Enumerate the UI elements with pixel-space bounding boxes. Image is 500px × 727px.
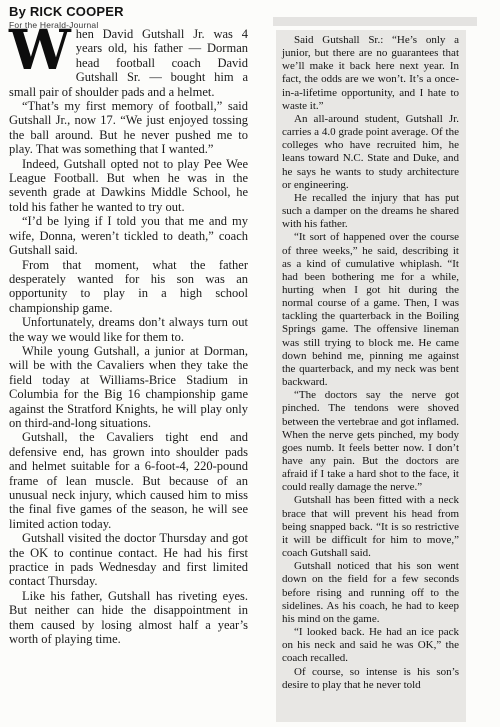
article-paragraph: Like his father, Gutshall has riveting e… bbox=[9, 589, 248, 647]
article-paragraph: Gutshall has been fitted with a neck bra… bbox=[282, 494, 459, 560]
article-paragraph: Gutshall, the Cavaliers tight end and de… bbox=[9, 430, 248, 531]
article-left-column: When David Gutshall Jr. was 4 years old,… bbox=[9, 27, 248, 646]
article-paragraph: An all-around student, Gutshall Jr. carr… bbox=[282, 113, 459, 192]
article-paragraph: “It sort of happened over the course of … bbox=[282, 231, 459, 389]
article-paragraph: Unfortunately, dreams don’t always turn … bbox=[9, 315, 248, 344]
article-paragraph: Said Gutshall Sr.: “He’s only a junior, … bbox=[282, 34, 459, 113]
article-paragraph: “I’d be lying if I told you that me and … bbox=[9, 214, 248, 257]
article-paragraph: He recalled the injury that has put such… bbox=[282, 192, 459, 231]
drop-cap: W bbox=[9, 27, 76, 71]
article-paragraph: When David Gutshall Jr. was 4 years old,… bbox=[9, 27, 248, 99]
newspaper-page: By RICK COOPER For the Herald-Journal Wh… bbox=[0, 0, 500, 727]
article-paragraph: While young Gutshall, a junior at Dorman… bbox=[9, 344, 248, 430]
article-paragraph: Gutshall visited the doctor Thursday and… bbox=[9, 531, 248, 589]
scan-gray-strip bbox=[273, 17, 477, 26]
article-right-column: Said Gutshall Sr.: “He’s only a junior, … bbox=[282, 34, 459, 692]
article-paragraph: “The doctors say the nerve got pinched. … bbox=[282, 389, 459, 494]
article-paragraph: “That’s my first memory of football,” sa… bbox=[9, 99, 248, 157]
article-paragraph: Of course, so intense is his son’s desir… bbox=[282, 666, 459, 692]
article-paragraph: From that moment, what the father desper… bbox=[9, 258, 248, 316]
article-paragraph: Indeed, Gutshall opted not to play Pee W… bbox=[9, 157, 248, 215]
article-paragraph: Gutshall noticed that his son went down … bbox=[282, 560, 459, 626]
article-paragraph: “I looked back. He had an ice pack on hi… bbox=[282, 626, 459, 665]
